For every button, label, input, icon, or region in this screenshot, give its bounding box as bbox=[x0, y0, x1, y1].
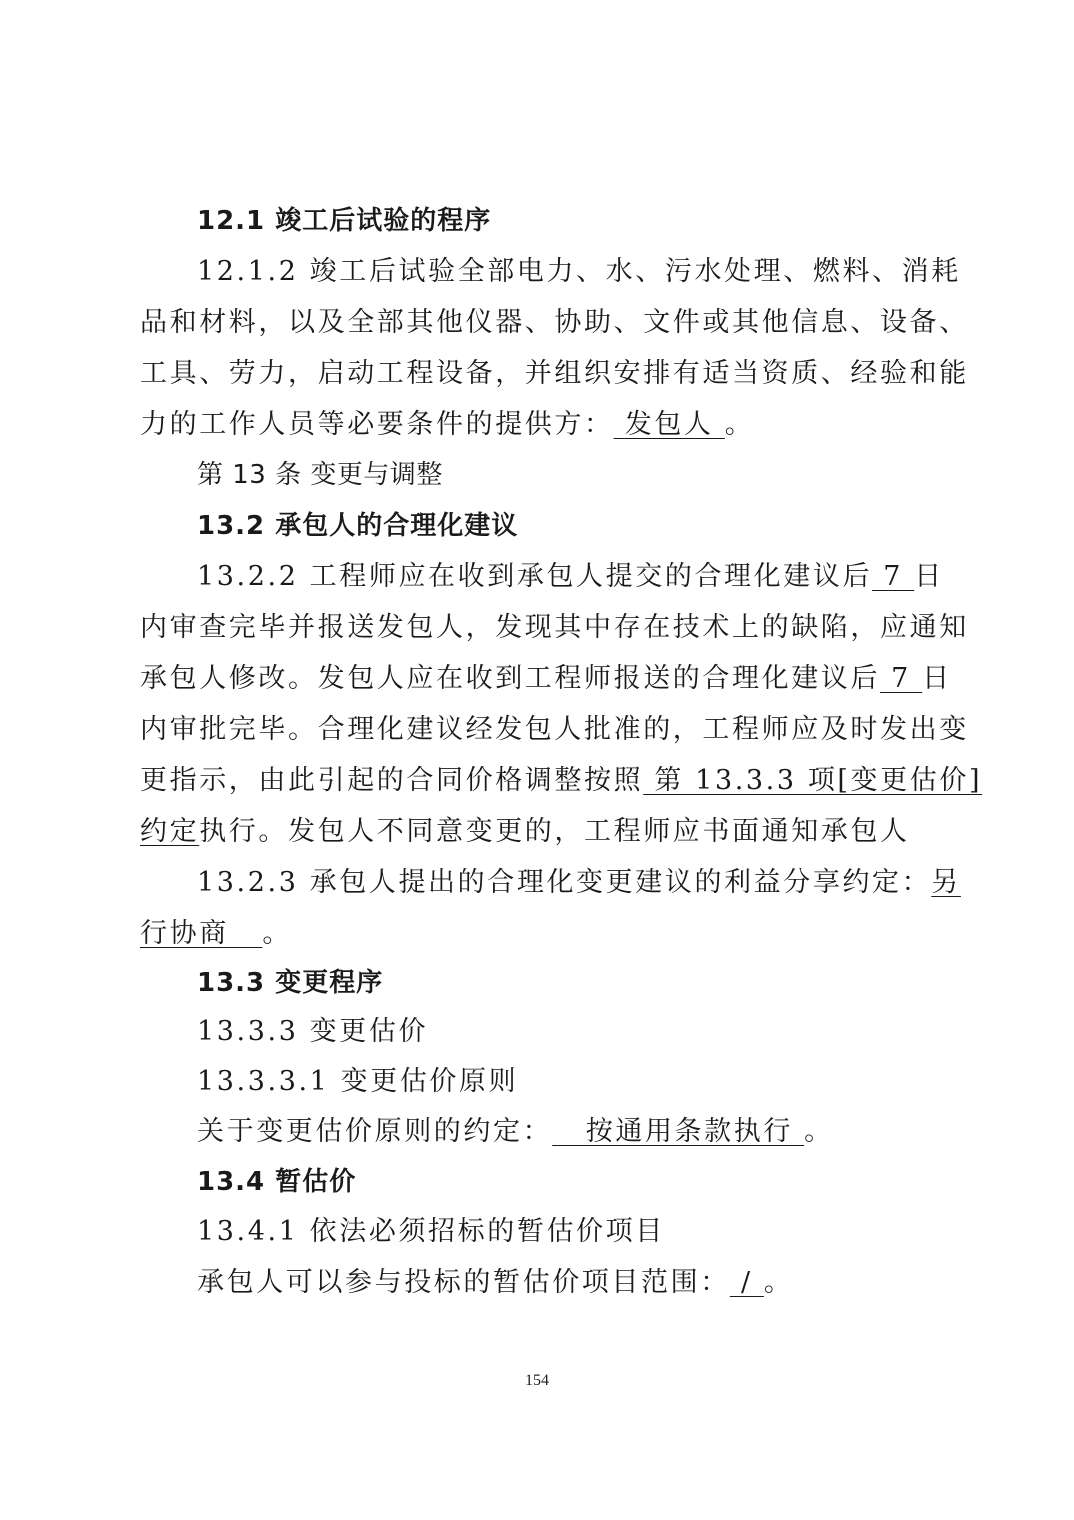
text-line: 更指示，由此引起的合同价格调整按照 第 13.3.3 项[变更估价] bbox=[140, 763, 940, 799]
text-line: 约定执行。发包人不同意变更的，工程师应书面通知承包人 bbox=[140, 814, 940, 850]
section-heading-12-1: 12.1 竣工后试验的程序 bbox=[197, 203, 997, 239]
fill-in-value-benefit-sharing: 另 bbox=[931, 867, 961, 898]
section-heading-13-4: 13.4 暂估价 bbox=[197, 1164, 997, 1200]
section-heading-13-3: 13.3 变更程序 bbox=[197, 965, 997, 1001]
text: 13.2.3 承包人提出的合理化变更建议的利益分享约定： bbox=[197, 867, 931, 898]
text-line: 12.1.2 竣工后试验全部电力、水、污水处理、燃料、消耗 bbox=[197, 254, 997, 290]
text-line: 行协商 。 bbox=[140, 916, 940, 952]
text-line: 13.2.2 工程师应在收到承包人提交的合理化建议后 7 日 bbox=[197, 559, 997, 595]
text-line: 内审批完毕。合理化建议经发包人批准的，工程师应及时发出变 bbox=[140, 712, 940, 748]
text: 承包人修改。发包人应在收到工程师报送的合理化建议后 bbox=[140, 663, 880, 694]
fill-in-value-reference-cont: 约定 bbox=[140, 816, 199, 847]
text: 。 bbox=[725, 409, 755, 440]
page-number: 154 bbox=[0, 1372, 1074, 1390]
text: 。 bbox=[262, 918, 292, 949]
text: 日 bbox=[922, 663, 952, 694]
subsection-heading-13-4-1: 13.4.1 依法必须招标的暂估价项目 bbox=[197, 1214, 997, 1250]
text: 执行。发包人不同意变更的，工程师应书面通知承包人 bbox=[199, 816, 909, 847]
text: 力的工作人员等必要条件的提供方： bbox=[140, 409, 614, 440]
text-line: 13.2.3 承包人提出的合理化变更建议的利益分享约定：另 bbox=[197, 865, 997, 901]
text-line: 内审查完毕并报送发包人，发现其中存在技术上的缺陷，应通知 bbox=[140, 610, 940, 646]
fill-in-value-provisional-scope: / bbox=[730, 1267, 764, 1298]
fill-in-value-reference: 第 13.3.3 项[变更估价] bbox=[643, 765, 982, 796]
text: 更指示，由此引起的合同价格调整按照 bbox=[140, 765, 643, 796]
fill-in-value-approval-days: 7 bbox=[880, 663, 922, 694]
subsection-heading-13-3-3: 13.3.3 变更估价 bbox=[197, 1014, 997, 1050]
text: 。 bbox=[804, 1116, 834, 1147]
article-heading-13: 第 13 条 变更与调整 bbox=[197, 457, 997, 493]
text: 日 bbox=[914, 561, 944, 592]
fill-in-value-valuation-principle: 按通用条款执行 bbox=[552, 1116, 804, 1147]
fill-in-value-provider: 发包人 bbox=[614, 409, 725, 440]
text: 13.2.2 工程师应在收到承包人提交的合理化建议后 bbox=[197, 561, 872, 592]
text: 承包人可以参与投标的暂估价项目范围： bbox=[197, 1267, 730, 1298]
text: 。 bbox=[764, 1267, 794, 1298]
text-line: 力的工作人员等必要条件的提供方： 发包人 。 bbox=[140, 407, 940, 443]
fill-in-value-benefit-sharing-cont: 行协商 bbox=[140, 918, 262, 949]
text-line: 承包人修改。发包人应在收到工程师报送的合理化建议后 7 日 bbox=[140, 661, 940, 697]
section-heading-13-2: 13.2 承包人的合理化建议 bbox=[197, 508, 997, 544]
text-line: 品和材料，以及全部其他仪器、协助、文件或其他信息、设备、 bbox=[140, 305, 940, 341]
subsection-heading-13-3-3-1: 13.3.3.1 变更估价原则 bbox=[197, 1064, 997, 1100]
text-line: 关于变更估价原则的约定： 按通用条款执行 。 bbox=[197, 1114, 997, 1150]
fill-in-value-review-days: 7 bbox=[872, 561, 914, 592]
text-line: 承包人可以参与投标的暂估价项目范围： / 。 bbox=[197, 1265, 997, 1301]
document-page: 12.1 竣工后试验的程序 12.1.2 竣工后试验全部电力、水、污水处理、燃料… bbox=[0, 0, 1074, 1520]
text-line: 工具、劳力，启动工程设备，并组织安排有适当资质、经验和能 bbox=[140, 356, 940, 392]
text: 关于变更估价原则的约定： bbox=[197, 1116, 552, 1147]
